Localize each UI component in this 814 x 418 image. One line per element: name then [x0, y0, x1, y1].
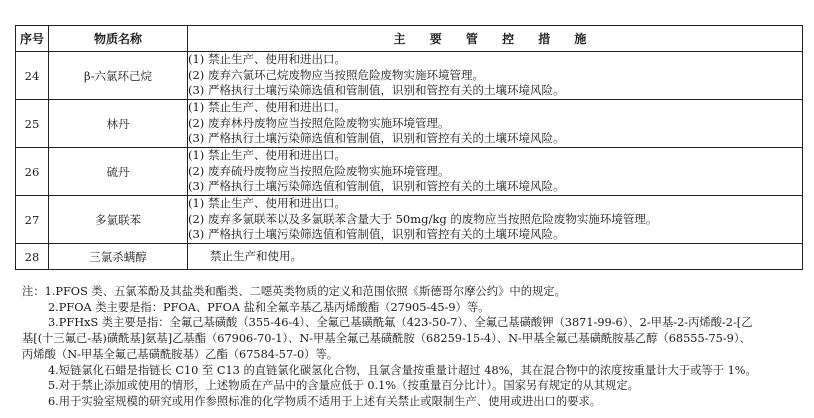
substance-name: 多氯联苯 — [49, 196, 188, 244]
row-number: 28 — [16, 244, 49, 270]
measure-item: (1) 禁止生产、使用和进出口。 — [188, 100, 802, 116]
header-serial-no: 序号 — [16, 26, 49, 52]
note-1: 注：1.PFOS 类、五氯苯酚及其盐类和酯类、二噁英类物质的定义和范围依照《斯德… — [22, 284, 812, 300]
measure-item: (1) 禁止生产、使用和进出口。 — [188, 148, 802, 164]
substance-name: 硫丹 — [49, 148, 188, 196]
note-4: 4.短链氯化石蜡是指链长 C10 至 C13 的直链氯化碳氢化合物，且氯含量按重… — [22, 363, 812, 379]
measure-item: (2) 废弃六氯环己烷废物应当按照危险废物实施环境管理。 — [188, 68, 802, 84]
measure-item: (2) 废弃多氯联苯以及多氯联苯含量大于 50mg/kg 的废物应当按照危险废物… — [188, 212, 802, 228]
table-row: 25 林丹 (1) 禁止生产、使用和进出口。 (2) 废弃林丹废物应当按照危险废… — [16, 100, 803, 148]
table-header-row: 序号 物质名称 主 要 管 控 措 施 — [16, 26, 803, 52]
row-number: 27 — [16, 196, 49, 244]
measure-item: (1) 禁止生产、使用和进出口。 — [188, 52, 802, 68]
note-3: 3.PFHxS 类主要是指：全氟己基磺酸（355-46-4）、全氟己基磺酰氟（4… — [22, 315, 812, 331]
substance-name: 三氯杀螨醇 — [49, 244, 188, 270]
substance-name: β-六氯环己烷 — [49, 52, 188, 100]
measure-item: 禁止生产和使用。 — [188, 249, 802, 265]
measures-cell: (1) 禁止生产、使用和进出口。 (2) 废弃林丹废物应当按照危险废物实施环境管… — [188, 100, 803, 148]
measures-cell: (1) 禁止生产、使用和进出口。 (2) 废弃六氯环己烷废物应当按照危险废物实施… — [188, 52, 803, 100]
measures-cell: (1) 禁止生产、使用和进出口。 (2) 废弃硫丹废物应当按照危险废物实施环境管… — [188, 148, 803, 196]
measure-item: (2) 废弃硫丹废物应当按照危险废物实施环境管理。 — [188, 164, 802, 180]
measure-item: (1) 禁止生产、使用和进出口。 — [188, 196, 802, 212]
row-number: 24 — [16, 52, 49, 100]
row-number: 26 — [16, 148, 49, 196]
row-number: 25 — [16, 100, 49, 148]
measure-item: (3) 严格执行土壤污染筛选值和管制值，识别和管控有关的土壤环境风险。 — [188, 179, 802, 195]
note-5: 5.对于禁止添加或使用的情形，上述物质在产品中的含量应低于 0.1%（按重量百分… — [22, 378, 812, 394]
note-6: 6.用于实验室规模的研究或用作参照标准的化学物质不适用于上述有关禁止或限制生产、… — [22, 394, 812, 410]
table-row: 26 硫丹 (1) 禁止生产、使用和进出口。 (2) 废弃硫丹废物应当按照危险废… — [16, 148, 803, 196]
measure-item: (3) 严格执行土壤污染筛选值和管制值，识别和管控有关的土壤环境风险。 — [188, 131, 802, 147]
measures-cell: (1) 禁止生产、使用和进出口。 (2) 废弃多氯联苯以及多氯联苯含量大于 50… — [188, 196, 803, 244]
header-main-measures: 主 要 管 控 措 施 — [188, 26, 803, 52]
measure-item: (2) 废弃林丹废物应当按照危险废物实施环境管理。 — [188, 116, 802, 132]
control-measures-table: 序号 物质名称 主 要 管 控 措 施 24 β-六氯环己烷 (1) 禁止生产、… — [15, 25, 803, 270]
table-row: 27 多氯联苯 (1) 禁止生产、使用和进出口。 (2) 废弃多氯联苯以及多氯联… — [16, 196, 803, 244]
header-substance-name: 物质名称 — [49, 26, 188, 52]
notes-section: 注：1.PFOS 类、五氯苯酚及其盐类和酯类、二噁英类物质的定义和范围依照《斯德… — [22, 284, 812, 410]
note-2: 2.PFOA 类主要是指：PFOA、PFOA 盐和全氟辛基乙基丙烯酸酯（2790… — [22, 300, 812, 316]
substance-name: 林丹 — [49, 100, 188, 148]
measures-cell: 禁止生产和使用。 — [188, 244, 803, 270]
measure-item: (3) 严格执行土壤污染筛选值和管制值，识别和管控有关的土壤环境风险。 — [188, 83, 802, 99]
table-row: 24 β-六氯环己烷 (1) 禁止生产、使用和进出口。 (2) 废弃六氯环己烷废… — [16, 52, 803, 100]
table-row: 28 三氯杀螨醇 禁止生产和使用。 — [16, 244, 803, 270]
measure-item: (3) 严格执行土壤污染筛选值和管制值，识别和管控有关的土壤环境风险。 — [188, 227, 802, 243]
note-3-continued: 丙烯酸（N-甲基全氟己基磺酰胺基）乙酯（67584-57-0）等。 — [22, 347, 812, 363]
note-3-continued: 基[(十三氟己-基)磺酰基]氨基]乙基酯（67906-70-1）、N-甲基全氟己… — [22, 331, 812, 347]
